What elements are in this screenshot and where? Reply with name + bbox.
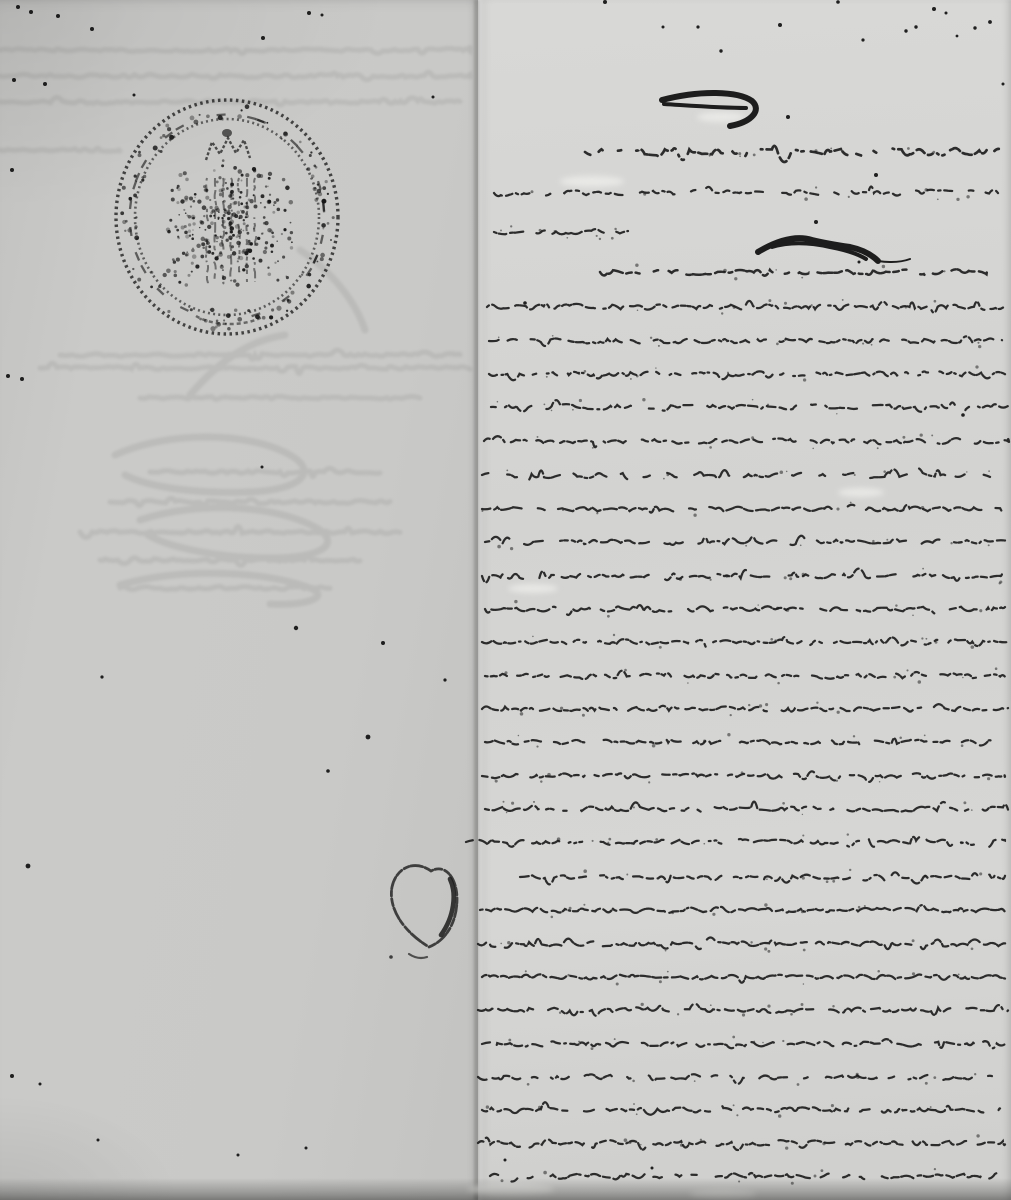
ink-speck [261,466,264,469]
handwriting-line [478,1138,1005,1150]
ink-speck [778,23,782,27]
handwriting-line [485,802,1008,812]
ink-speck [914,25,917,28]
ink-speck [696,25,699,28]
ink-speck [814,220,818,224]
ink-speck [100,675,103,678]
ink-speck [16,5,20,9]
ink-speck [10,1074,14,1078]
handwriting-lines [466,146,1009,1185]
ink-speck [90,27,94,31]
handwriting-line [480,905,1005,913]
heart-doodle [389,866,457,959]
ink-speck [603,0,607,4]
handwriting-line [487,301,1004,313]
ink-speck [988,20,992,24]
handwriting-line [600,269,988,276]
ink-flourishes [662,93,910,262]
ink-speck [321,14,324,17]
ink-speck [307,11,311,15]
manuscript-scan [0,0,1011,1200]
ink-speck [651,1167,654,1170]
ink-speck [56,14,60,18]
ink-speck [133,94,136,97]
ink-speck [662,26,665,29]
ink-speck [97,1139,100,1142]
ink-stamp-seal [116,100,338,334]
ink-speck [261,36,265,40]
handwriting-line [482,1102,1000,1114]
ink-speck [20,377,24,381]
scan-bottom-edge-shadow [0,1178,1011,1200]
handwriting-line [482,974,1005,982]
ink-specks [6,0,1005,1170]
handwriting-line [482,637,1007,649]
ink-speck [326,769,330,773]
handwriting-line [482,505,1009,514]
handwriting-line [485,738,1002,746]
handwriting-line [491,400,1008,414]
handwriting-line [485,671,1005,679]
ink-speck [12,78,16,82]
ink-speck [294,626,298,630]
ghost-bleedthrough-text [0,47,470,604]
handwriting-line [482,1039,1005,1049]
ink-speck [443,678,446,681]
handwriting-line [485,536,1005,546]
ink-speck [523,301,527,305]
ink-speck [786,115,790,119]
ink-speck [6,374,10,378]
handwriting-line [494,187,998,197]
ink-speck [932,7,936,11]
ink-speck [366,735,371,740]
ink-speck [305,1147,308,1150]
ink-speck [43,82,47,86]
ink-speck [836,0,840,4]
handwriting-line [489,336,1002,346]
handwriting-line [484,436,1009,447]
ink-speck [432,96,435,99]
handwriting-line [520,872,1005,884]
ink-speck [945,12,948,15]
handwriting-line [494,229,628,234]
handwriting-line [485,605,1005,615]
ink-speck [719,49,722,52]
ink-speck [504,1159,507,1162]
handwriting-line [585,146,1000,162]
ink-speck [10,168,14,172]
ink-speck [381,641,385,645]
ink-speck [956,35,959,38]
ink-speck [39,1083,42,1086]
handwriting-line [478,937,1008,949]
ink-speck [237,1154,240,1157]
ink-speck [904,29,907,32]
ink-speck [861,38,864,41]
handwriting-line [482,771,1005,782]
ink-speck [29,10,33,14]
ink-speck [1002,83,1005,86]
handwriting-line [489,371,1005,380]
handwriting-line [482,569,1002,583]
ink-speck [26,864,31,869]
handwriting-line [482,468,1005,482]
ink-speck [961,413,965,417]
ink-speck [858,261,861,264]
ink-speck [874,173,878,177]
ink-speck [973,26,976,29]
ink-layer [0,0,1011,1200]
handwriting-line [466,835,1005,847]
